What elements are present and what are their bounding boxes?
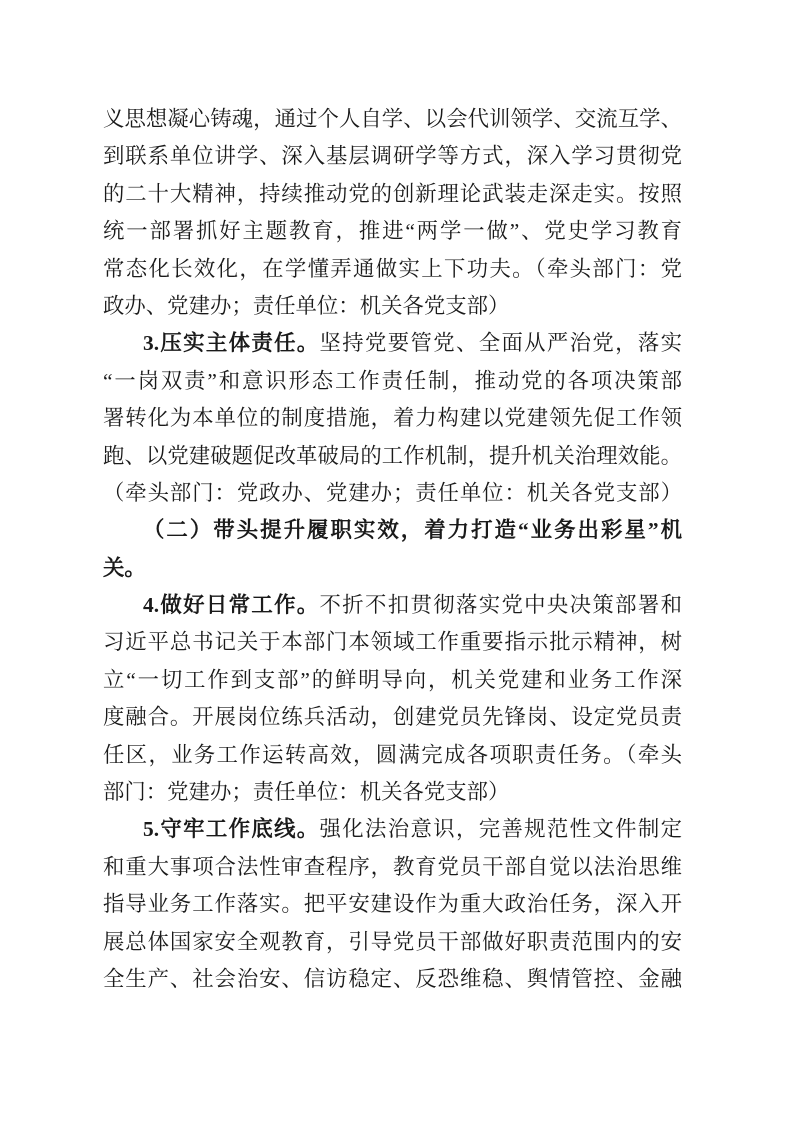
text-line: “一岗双责”和意识形态工作责任制，推动党的各项决策部 — [103, 363, 682, 400]
body-text: 政办、党建办；责任单位：机关各党支部） — [103, 294, 509, 318]
body-text: 度融合。开展岗位练兵活动，创建党员先锋岗、设定党员责 — [103, 705, 682, 729]
text-line: 常态化长效化，在学懂弄通做实上下功夫。（牵头部门：党 — [103, 251, 682, 288]
body-text: 的二十大精神，持续推动党的创新理论武装走深走实。按照 — [103, 182, 682, 206]
text-line: 义思想凝心铸魂，通过个人自学、以会代训领学、交流互学、 — [103, 101, 682, 138]
text-line: 任区，业务工作运转高效，圆满完成各项职责任务。（牵头 — [103, 737, 682, 774]
text-line: 习近平总书记关于本部门本领域工作重要指示批示精神，树 — [103, 624, 682, 661]
body-text: 统一部署抓好主题教育，推进“两学一做”、党史学习教育 — [103, 219, 682, 243]
text-line: 展总体国家安全观教育，引导党员干部做好职责范围内的安 — [103, 924, 682, 961]
text-line: 到联系单位讲学、深入基层调研学等方式，深入学习贯彻党 — [103, 138, 682, 175]
body-text: 立“一切工作到支部”的鲜明导向，机关党建和业务工作深 — [103, 668, 682, 692]
document-page: 义思想凝心铸魂，通过个人自学、以会代训领学、交流互学、到联系单位讲学、深入基层调… — [0, 0, 793, 1122]
body-text: 和重大事项合法性审查程序，教育党员干部自觉以法治思维 — [103, 855, 682, 879]
body-text: 署转化为本单位的制度措施，着力构建以党建领先促工作领 — [103, 406, 682, 430]
text-line: 的二十大精神，持续推动党的创新理论武装走深走实。按照 — [103, 176, 682, 213]
body-text: 常态化长效化，在学懂弄通做实上下功夫。（牵头部门：党 — [103, 257, 682, 281]
body-text: 关。 — [103, 556, 146, 580]
body-text: 强化法治意识，完善规范性文件制定 — [320, 817, 682, 841]
body-text: “一岗双责”和意识形态工作责任制，推动党的各项决策部 — [103, 369, 682, 393]
subsection-2-heading-line: （二）带头提升履职实效，着力打造“业务出彩星”机 — [103, 512, 682, 549]
body-text: 任区，业务工作运转高效，圆满完成各项职责任务。（牵头 — [103, 743, 682, 767]
body-text: 全生产、社会治安、信访稳定、反恐维稳、舆情管控、金融 — [103, 967, 682, 991]
body-text: 习近平总书记关于本部门本领域工作重要指示批示精神，树 — [103, 630, 682, 654]
body-text: 到联系单位讲学、深入基层调研学等方式，深入学习贯彻党 — [103, 144, 682, 168]
text-line: 全生产、社会治安、信访稳定、反恐维稳、舆情管控、金融 — [103, 961, 682, 998]
body-text: 指导业务工作落实。把平安建设作为重大政治任务，深入开 — [103, 892, 682, 916]
body-text: 部门：党建办；责任单位：机关各党支部） — [103, 780, 509, 804]
body-text: 坚持党要管党、全面从严治党，落实 — [320, 331, 682, 355]
heading-bold-text: 5.守牢工作底线。 — [143, 817, 320, 841]
item-5-heading-line: 5.守牢工作底线。强化法治意识，完善规范性文件制定 — [103, 811, 682, 848]
heading-bold-text: 4.做好日常工作。 — [143, 593, 320, 617]
text-line: 指导业务工作落实。把平安建设作为重大政治任务，深入开 — [103, 886, 682, 923]
text-line: 度融合。开展岗位练兵活动，创建党员先锋岗、设定党员责 — [103, 699, 682, 736]
body-text: 展总体国家安全观教育，引导党员干部做好职责范围内的安 — [103, 930, 682, 954]
body-text: 义思想凝心铸魂，通过个人自学、以会代训领学、交流互学、 — [103, 107, 682, 131]
item-3-heading-line: 3.压实主体责任。坚持党要管党、全面从严治党，落实 — [103, 325, 682, 362]
text-line: （牵头部门：党政办、党建办；责任单位：机关各党支部） — [103, 475, 682, 512]
text-line: 政办、党建办；责任单位：机关各党支部） — [103, 288, 682, 325]
text-line: 部门：党建办；责任单位：机关各党支部） — [103, 774, 682, 811]
heading-bold-text: 3.压实主体责任。 — [143, 331, 320, 355]
subsection-2-heading-line: 关。 — [103, 550, 682, 587]
item-4-heading-line: 4.做好日常工作。不折不扣贯彻落实党中央决策部署和 — [103, 587, 682, 624]
text-line: 立“一切工作到支部”的鲜明导向，机关党建和业务工作深 — [103, 662, 682, 699]
body-text: （二）带头提升履职实效，着力打造“业务出彩星”机 — [143, 518, 682, 542]
document-text-block: 义思想凝心铸魂，通过个人自学、以会代训领学、交流互学、到联系单位讲学、深入基层调… — [103, 101, 682, 998]
text-line: 署转化为本单位的制度措施，着力构建以党建领先促工作领 — [103, 400, 682, 437]
body-text: 跑、以党建破题促改革破局的工作机制，提升机关治理效能。 — [103, 444, 682, 468]
text-line: 和重大事项合法性审查程序，教育党员干部自觉以法治思维 — [103, 849, 682, 886]
body-text: 不折不扣贯彻落实党中央决策部署和 — [320, 593, 682, 617]
text-line: 跑、以党建破题促改革破局的工作机制，提升机关治理效能。 — [103, 438, 682, 475]
text-line: 统一部署抓好主题教育，推进“两学一做”、党史学习教育 — [103, 213, 682, 250]
body-text: （牵头部门：党政办、党建办；责任单位：机关各党支部） — [103, 481, 682, 505]
